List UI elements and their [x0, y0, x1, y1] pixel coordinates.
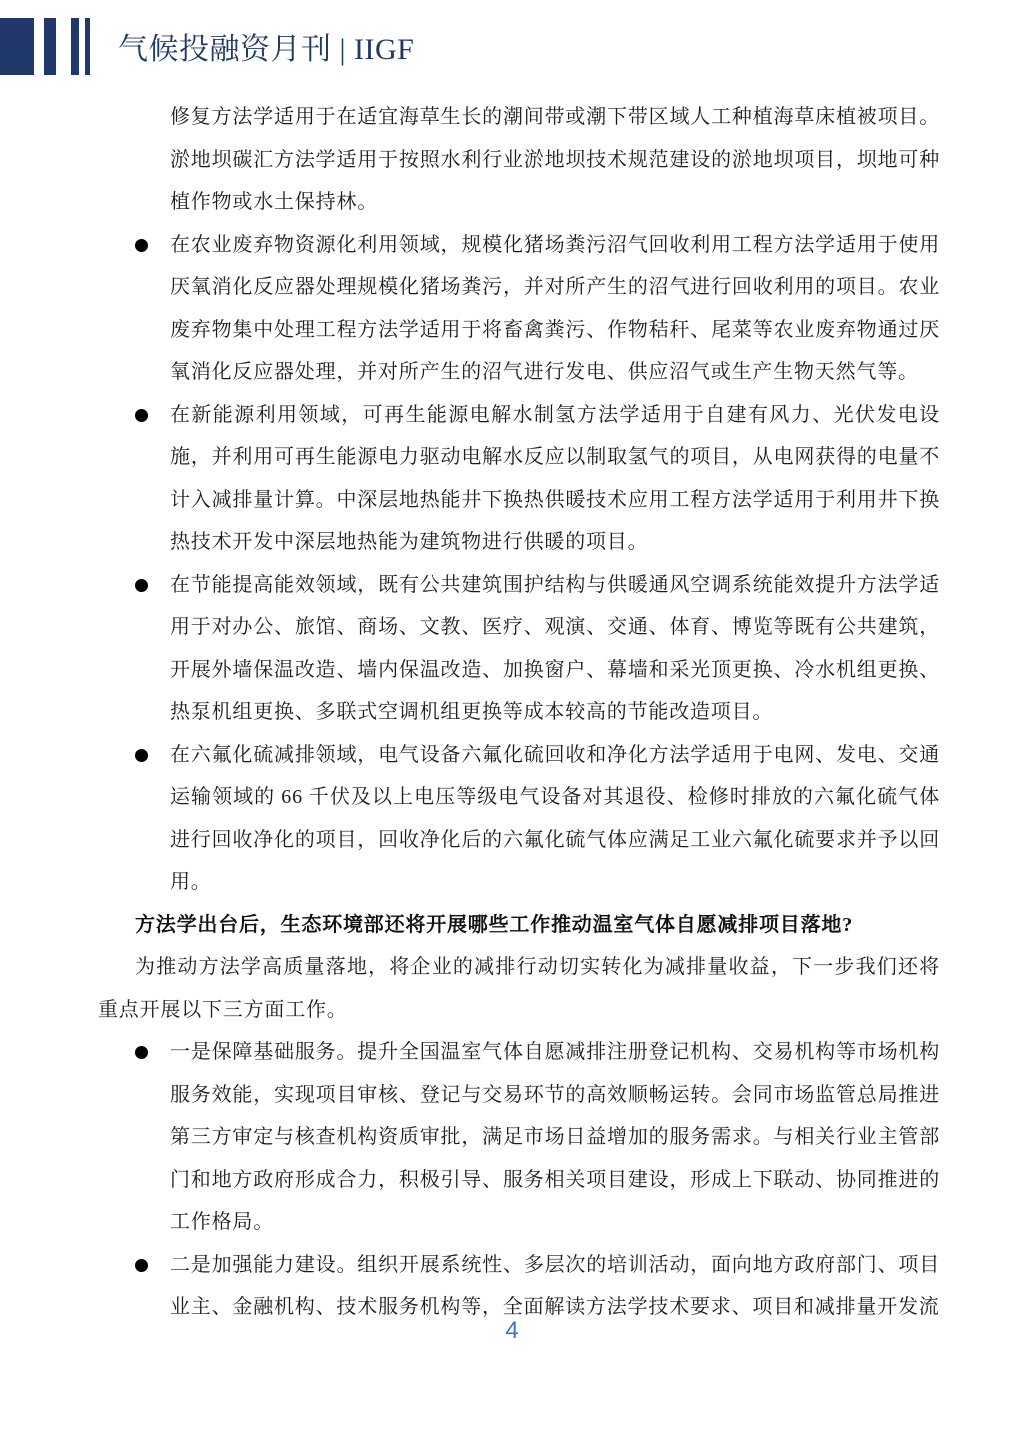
bullet-text: 在节能提高能效领域，既有公共建筑围护结构与供暖通风空调系统能效提升方法学适用于对…	[170, 564, 940, 734]
brand-bar	[71, 18, 79, 75]
bullet-icon	[135, 1259, 148, 1272]
bullet-text: 在六氟化硫减排领域，电气设备六氟化硫回收和净化方法学适用于电网、发电、交通运输领…	[170, 734, 940, 904]
brand-bar	[0, 18, 34, 75]
bullet-item: 在六氟化硫减排领域，电气设备六氟化硫回收和净化方法学适用于电网、发电、交通运输领…	[98, 734, 940, 904]
bullet-icon	[135, 579, 148, 592]
bullet-item: 一是保障基础服务。提升全国温室气体自愿减排注册登记机构、交易机构等市场机构服务效…	[98, 1031, 940, 1244]
paragraph: 为推动方法学高质量落地，将企业的减排行动切实转化为减排量收益，下一步我们还将重点…	[98, 946, 940, 1031]
bullet-item: 在新能源利用领域，可再生能源电解水制氢方法学适用于自建有风力、光伏发电设施，并利…	[98, 394, 940, 564]
bullet-text: 在新能源利用领域，可再生能源电解水制氢方法学适用于自建有风力、光伏发电设施，并利…	[170, 394, 940, 564]
paragraph-continuation: 修复方法学适用于在适宜海草生长的潮间带或潮下带区域人工种植海草床植被项目。淤地坝…	[98, 96, 940, 224]
page-number: 4	[0, 1316, 1024, 1346]
bullet-item: 在农业废弃物资源化利用领域，规模化猪场粪污沼气回收利用工程方法学适用于使用厌氧消…	[98, 224, 940, 394]
bullet-icon	[135, 1046, 148, 1059]
document-body: 修复方法学适用于在适宜海草生长的潮间带或潮下带区域人工种植海草床植被项目。淤地坝…	[98, 96, 940, 1329]
brand-title: 气候投融资月刊 | IIGF	[118, 32, 414, 68]
bullet-item: 在节能提高能效领域，既有公共建筑围护结构与供暖通风空调系统能效提升方法学适用于对…	[98, 564, 940, 734]
bullet-text: 在农业废弃物资源化利用领域，规模化猪场粪污沼气回收利用工程方法学适用于使用厌氧消…	[170, 224, 940, 394]
bullet-icon	[135, 409, 148, 422]
brand-bars-icon	[0, 18, 90, 75]
bullet-icon	[135, 239, 148, 252]
brand-bar	[44, 18, 56, 75]
bullet-icon	[135, 749, 148, 762]
brand-bar	[85, 18, 90, 75]
bullet-text: 一是保障基础服务。提升全国温室气体自愿减排注册登记机构、交易机构等市场机构服务效…	[170, 1031, 940, 1244]
section-heading: 方法学出台后，生态环境部还将开展哪些工作推动温室气体自愿减排项目落地?	[98, 904, 940, 947]
